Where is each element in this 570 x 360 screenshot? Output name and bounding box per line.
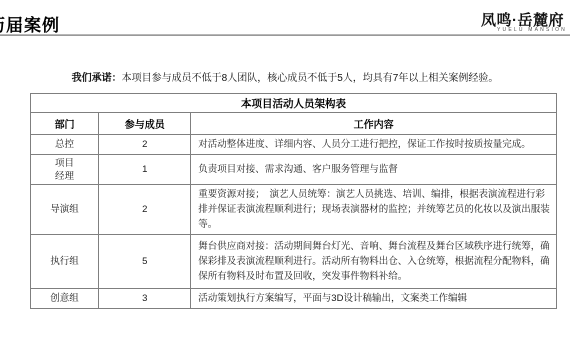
- dept-cell: 项目 经理: [31, 155, 99, 185]
- table-row: 导演组 2 重要资源对接； 演艺人员统筹：演艺人员挑选、培训、编排，根据表演流程…: [31, 185, 557, 235]
- dept-cell: 导演组: [31, 185, 99, 235]
- header-dept: 部门: [31, 113, 99, 135]
- work-cell: 对活动整体进度、详细内容、人员分工进行把控，保证工作按时按质按量完成。: [191, 135, 557, 155]
- table-row: 项目 经理 1 负责项目对接、需求沟通、客户服务管理与监督: [31, 155, 557, 185]
- count-cell: 2: [99, 185, 191, 235]
- page-title: 历届案例: [0, 11, 60, 36]
- brand-logo-subtext: YUELU MANSION: [497, 27, 567, 33]
- work-cell: 重要资源对接； 演艺人员统筹：演艺人员挑选、培训、编排，根据表演流程进行彩排并保…: [191, 185, 557, 235]
- personnel-structure-table: 本项目活动人员架构表 部门 参与成员 工作内容 总控 2 对活动整体进度、详细内…: [30, 93, 557, 309]
- count-cell: 2: [99, 135, 191, 155]
- title-divider-rule: [0, 34, 570, 36]
- table-title: 本项目活动人员架构表: [31, 94, 557, 113]
- table-row: 执行组 5 舞台供应商对接：活动期间舞台灯光、音响、舞台流程及舞台区域秩序进行统…: [31, 235, 557, 289]
- work-cell: 舞台供应商对接：活动期间舞台灯光、音响、舞台流程及舞台区域秩序进行统筹，确保彩排…: [191, 235, 557, 289]
- dept-cell: 执行组: [31, 235, 99, 289]
- work-cell: 负责项目对接、需求沟通、客户服务管理与监督: [191, 155, 557, 185]
- count-cell: 3: [99, 289, 191, 309]
- table-row: 总控 2 对活动整体进度、详细内容、人员分工进行把控，保证工作按时按质按量完成。: [31, 135, 557, 155]
- header-count: 参与成员: [99, 113, 191, 135]
- count-cell: 5: [99, 235, 191, 289]
- slide-page: { "page": { "title": "历届案例", "logo": { "…: [0, 0, 570, 360]
- promise-text: 本项目参与成员不低于8人团队，核心成员不低于5人，均具有7年以上相关案例经验。: [122, 73, 499, 84]
- table-row: 创意组 3 活动策划执行方案编写，平面与3D设计稿输出，文案类工作编辑: [31, 289, 557, 309]
- promise-label: 我们承诺：: [72, 73, 122, 84]
- count-cell: 1: [99, 155, 191, 185]
- work-cell: 活动策划执行方案编写，平面与3D设计稿输出，文案类工作编辑: [191, 289, 557, 309]
- table-header-row: 部门 参与成员 工作内容: [31, 113, 557, 135]
- promise-line: 我们承诺：本项目参与成员不低于8人团队，核心成员不低于5人，均具有7年以上相关案…: [0, 72, 570, 85]
- dept-cell: 总控: [31, 135, 99, 155]
- dept-cell: 创意组: [31, 289, 99, 309]
- header-work: 工作内容: [191, 113, 557, 135]
- table-title-row: 本项目活动人员架构表: [31, 94, 557, 113]
